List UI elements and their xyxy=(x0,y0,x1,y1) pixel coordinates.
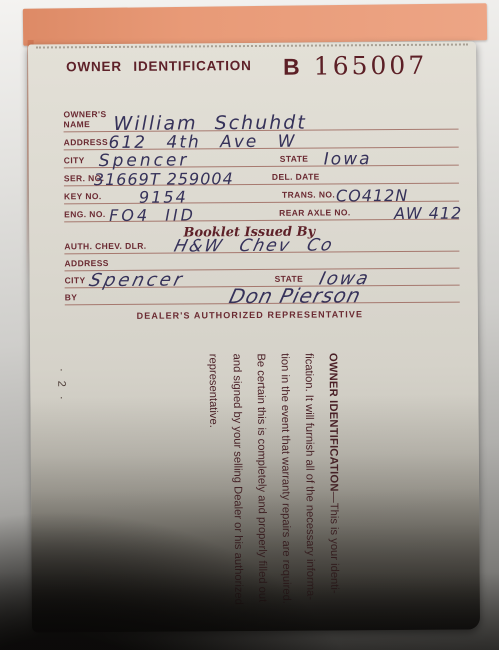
photo-shadow-bottom xyxy=(0,0,499,650)
photo-of-owner-id-booklet: OWNER IDENTIFICATION B 165007 OWNER'S NA… xyxy=(0,0,499,650)
